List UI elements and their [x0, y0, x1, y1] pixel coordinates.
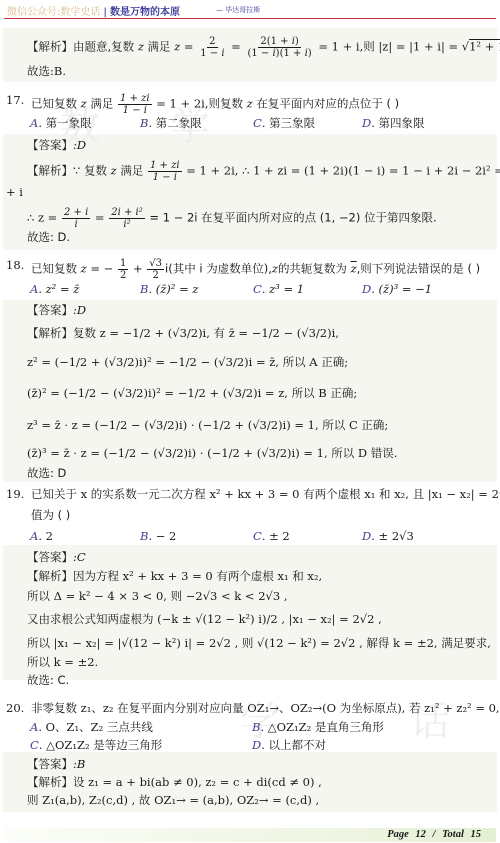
- q18-analysis-line: z² = (−1/2 + (√3/2)i)² = −1/2 − (√3/2)i …: [27, 355, 348, 369]
- q19-choice: 故选: C.: [27, 673, 69, 687]
- q17-option-a[interactable]: A. 第一象限: [30, 116, 92, 130]
- q20-analysis-line: 则 Z₁(a,b), Z₂(c,d) , 故 OZ₁→ = (a,b), OZ₂…: [27, 793, 319, 807]
- equation-part: = 1 + i,则 |z| = |1 + i| = √: [318, 40, 469, 54]
- q17-analysis-line-1: 【解析】∵ 复数 z 满足 1 + zi1 − i = 1 + 2i, ∴ 1 …: [27, 160, 500, 183]
- q19-analysis-line: 【解析】因为方程 x² + kx + 3 = 0 有两个虚根 x₁ 和 x₂,: [27, 569, 322, 583]
- text: 已知复数: [31, 97, 77, 111]
- q16-choice: 故选:B.: [27, 64, 66, 78]
- q20-option-c[interactable]: C. △OZ₁Z₂ 是等边三角形: [30, 738, 162, 752]
- q19-stem-line-1: 已知关于 x 的实系数一元二次方程 x² + kx + 3 = 0 有两个虚根 …: [31, 487, 500, 501]
- q20-option-b[interactable]: B. △OZ₁Z₂ 是直角三角形: [252, 720, 384, 734]
- q17-analysis-line-3: ∴ z = 2 + ii = 2i + i²i² = 1 − 2i 在复平面内所…: [27, 207, 437, 230]
- q19-option-d[interactable]: D. ± 2√3: [362, 529, 414, 543]
- text: 满足: [148, 40, 171, 54]
- q17-option-d[interactable]: D. 第四象限: [362, 116, 425, 130]
- q19-option-b[interactable]: B. − 2: [140, 529, 176, 543]
- q17-choice: 故选: D.: [27, 230, 70, 244]
- q18-analysis-line: (z̄)² = (−1/2 − (√3/2)i)² = −1/2 + (√3/2…: [27, 386, 357, 400]
- fraction: 2(1 + i)(1 − i)(1 + i): [245, 36, 313, 59]
- q18-analysis-line: 【解析】复数 z = −1/2 + (√3/2)i, 有 z̄ = −1/2 −…: [27, 326, 339, 340]
- q19-number: 19.: [6, 487, 24, 501]
- text: 在复平面内对应的点位于 ( ): [256, 97, 399, 111]
- q18-stem: 已知复数 z = − 12 + √32i(其中 i 为虚数单位),z的共轭复数为…: [31, 258, 480, 281]
- q18-answer: 【答案】:D: [27, 303, 86, 317]
- q19-option-a[interactable]: A. 2: [30, 529, 53, 543]
- fraction: 1 + zi1 − i: [118, 93, 152, 116]
- q18-option-a[interactable]: A. z² = z̄: [30, 282, 79, 296]
- q20-option-d[interactable]: D. 以上都不对: [252, 738, 326, 752]
- q17-analysis-line-2: + i: [6, 185, 23, 199]
- text: 满足: [90, 97, 113, 111]
- q19-analysis-line: 所以 |x₁ − x₂| = |√(12 − k²) i| = 2√2 , 则 …: [27, 636, 491, 650]
- q18-analysis-line: (z̄)³ = z̄ · z = (−1/2 − (√3/2)i) · (−1/…: [27, 446, 397, 460]
- q18-option-c[interactable]: C. z³ = 1: [253, 282, 304, 296]
- analysis-label: 【解析】由题意,复数: [27, 40, 134, 54]
- q19-analysis-line: 所以 Δ = k² − 4 × 3 < 0, 则 −2√3 < k < 2√3 …: [27, 589, 287, 603]
- q20-analysis-line: 【解析】设 z₁ = a + bi(ab ≠ 0), z₂ = c + di(c…: [27, 775, 322, 789]
- fraction: 21 − i: [198, 36, 226, 59]
- q19-stem-line-2: 值为 ( ): [31, 508, 70, 522]
- text: = 1 + 2i,则复数: [156, 97, 243, 111]
- q17-stem: 已知复数 z 满足 1 + zi1 − i = 1 + 2i,则复数 z 在复平…: [31, 93, 399, 116]
- q17-number: 17.: [6, 93, 24, 107]
- q17-option-c[interactable]: C. 第三象限: [253, 116, 315, 130]
- q19-analysis-line: 所以 k = ±2.: [27, 655, 98, 669]
- q18-option-d[interactable]: D. (z̄)³ = −1: [362, 282, 432, 296]
- q18-choice: 故选: D: [27, 466, 66, 480]
- q20-option-a[interactable]: A. O、Z₁、Z₂ 三点共线: [30, 720, 153, 734]
- q19-option-c[interactable]: C. ± 2: [253, 529, 290, 543]
- sqrt-body: 1² + 1²: [469, 40, 500, 54]
- page-content: 【解析】由题意,复数 z 满足 z = 21 − i = 2(1 + i)(1 …: [0, 0, 500, 843]
- q18-option-b[interactable]: B. (z̄)² = z: [140, 282, 198, 296]
- q18-number: 18.: [6, 258, 24, 272]
- q17-answer: 【答案】:D: [27, 138, 86, 152]
- q19-analysis-line: 又由求根公式知两虚根为 (−k ± √(12 − k²) i)/2 , |x₁ …: [27, 612, 382, 626]
- q20-answer: 【答案】:B: [27, 757, 85, 771]
- q17-option-b[interactable]: B. 第二象限: [140, 116, 202, 130]
- q20-stem: 非零复数 z₁、z₂ 在复平面内分别对应向量 OZ₁→、OZ₂→(O 为坐标原点…: [31, 701, 500, 715]
- q20-number: 20.: [6, 701, 24, 715]
- q19-answer: 【答案】:C: [27, 550, 86, 564]
- q16-analysis-line: 【解析】由题意,复数 z 满足 z = 21 − i = 2(1 + i)(1 …: [27, 36, 500, 59]
- q18-analysis-line: z³ = z̄ · z = (−1/2 − (√3/2)i) · (−1/2 +…: [27, 418, 388, 432]
